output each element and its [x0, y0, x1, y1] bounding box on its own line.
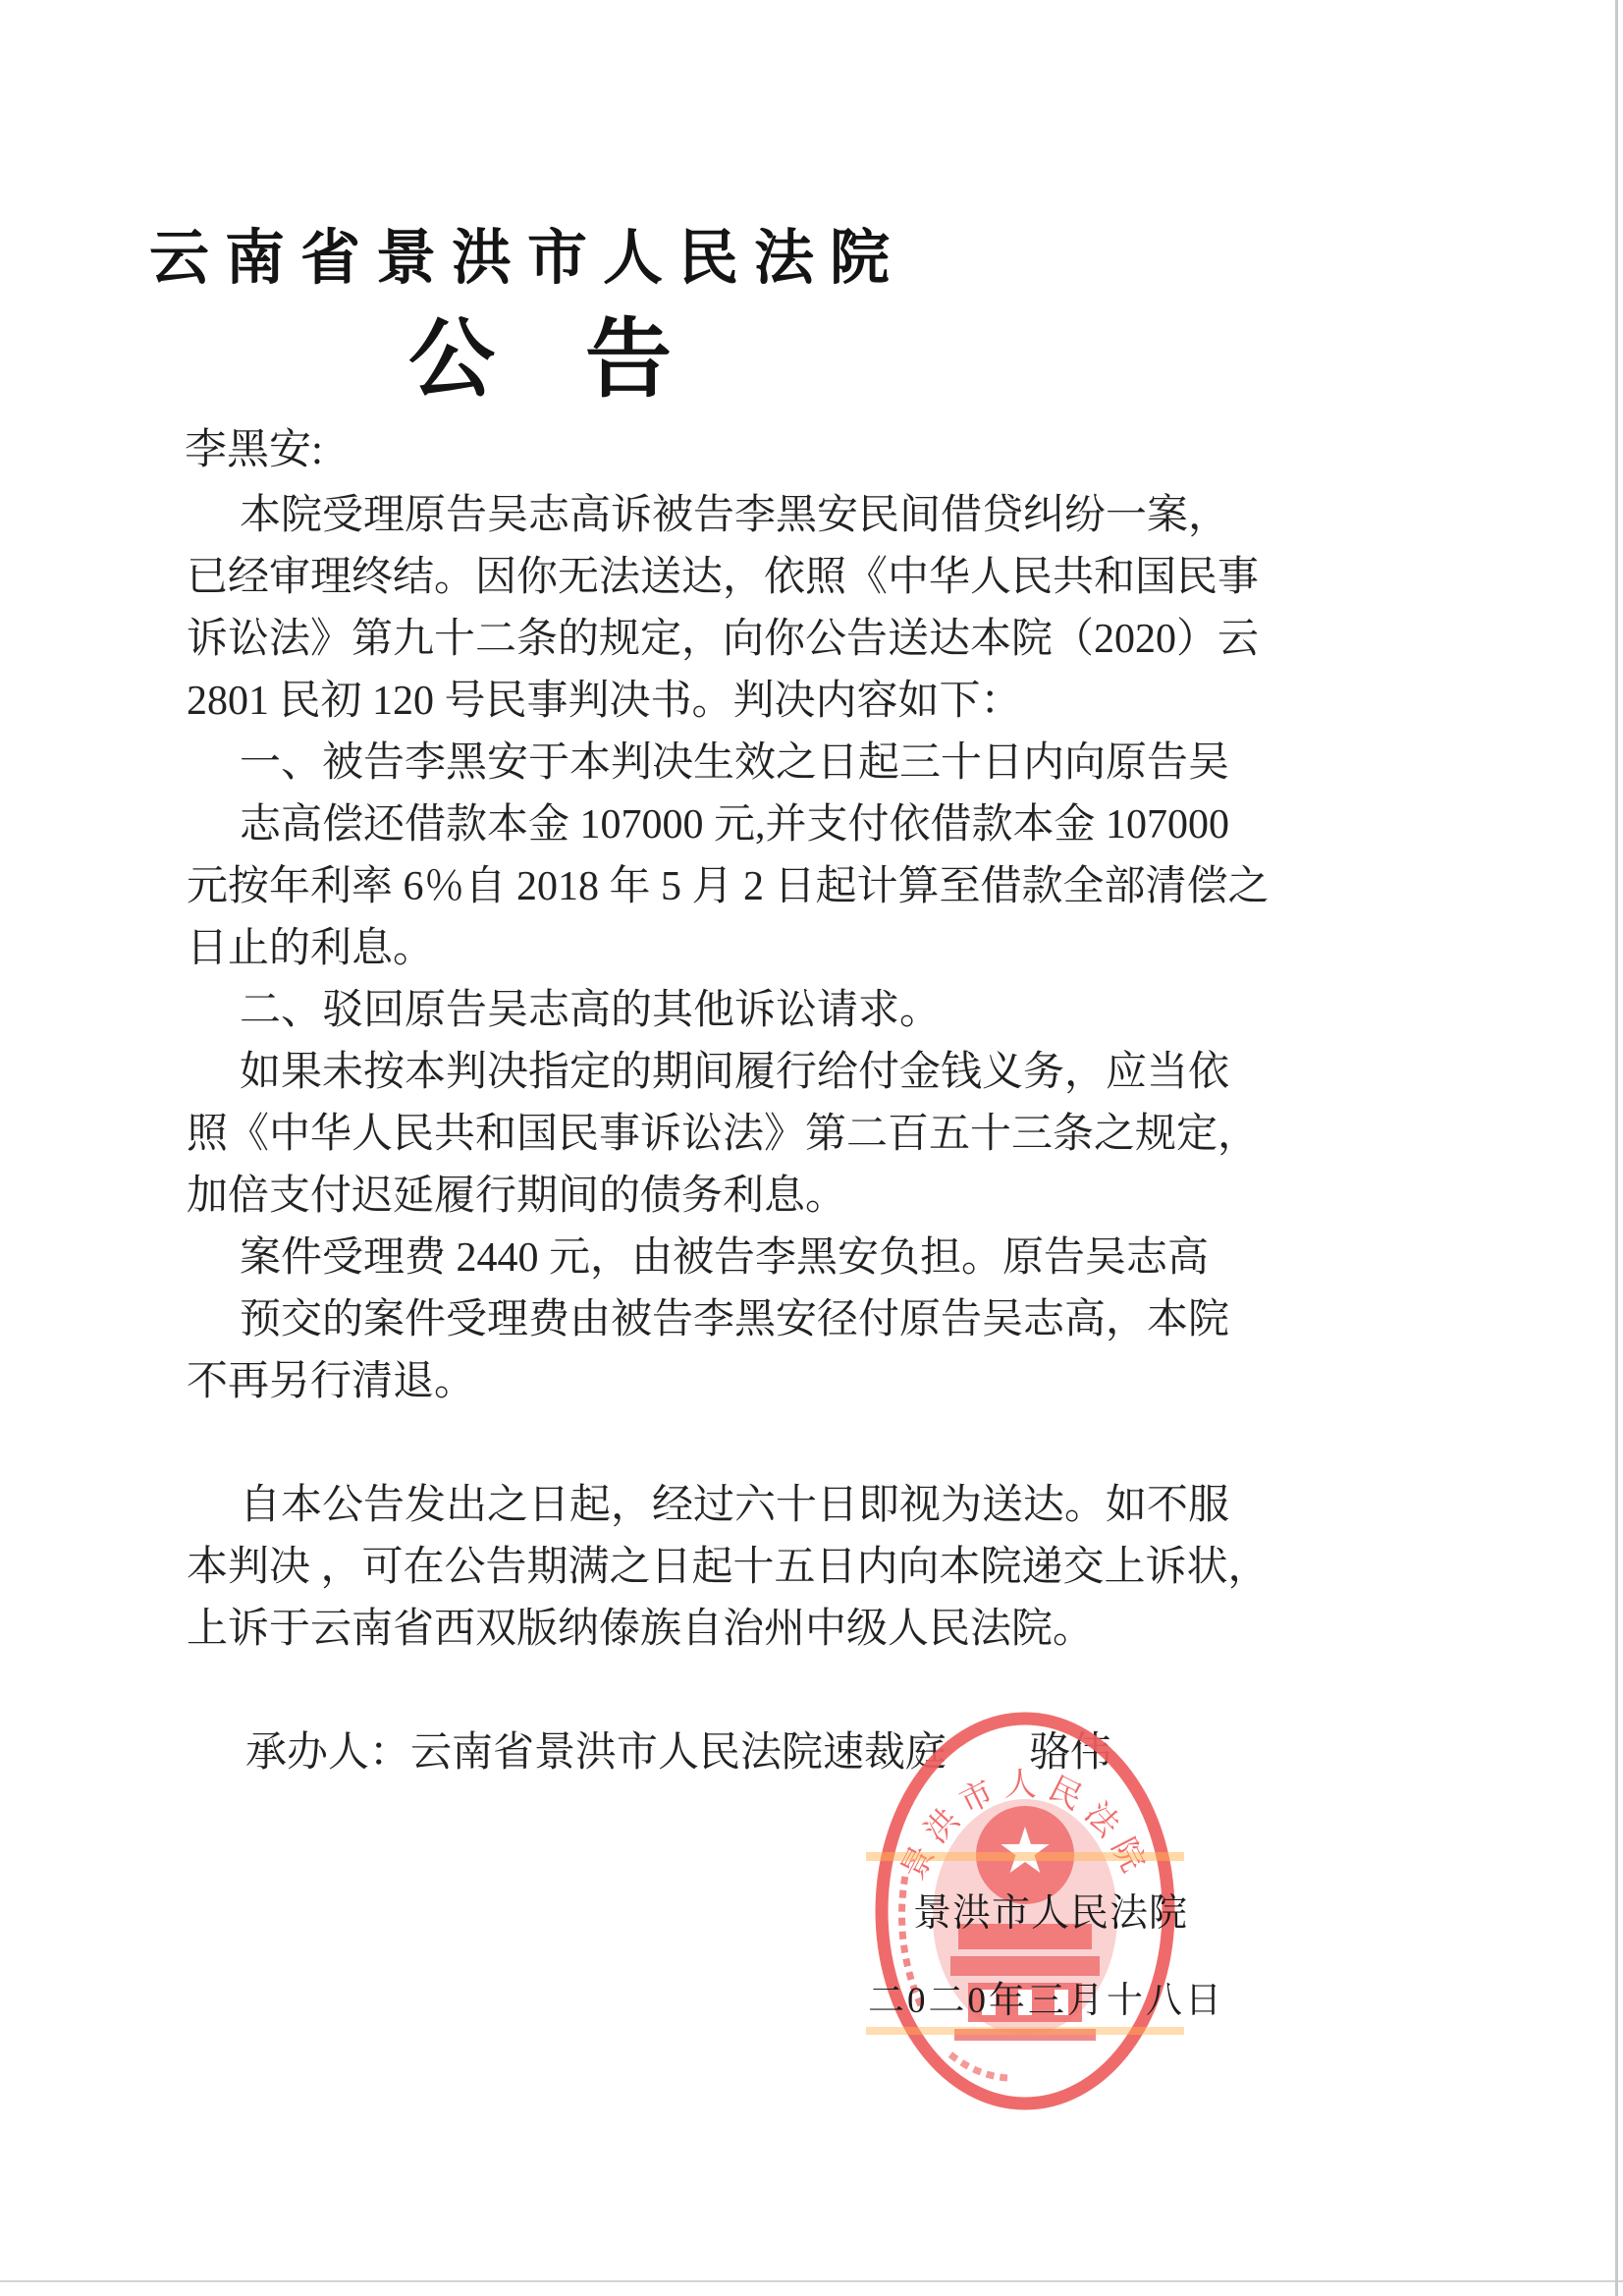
notice-title: 公 告	[408, 291, 674, 414]
body-line: 诉讼法》第九十二条的规定，向你公告送达本院（2020）云	[187, 609, 1286, 671]
body-line: 照《中华人民共和国民事诉讼法》第二百五十三条之规定，	[187, 1104, 1286, 1166]
scan-edge-line	[0, 2280, 1623, 2282]
issue-date: 二0二0年三月十八日	[868, 1970, 1224, 2023]
body-line: 上诉于云南省西双版纳傣族自治州中级人民法院。	[187, 1599, 1286, 1661]
body-line: 案件受理费 2440 元，由被告李黑安负担。原告吴志高	[187, 1228, 1286, 1289]
body-line: 本院受理原告吴志高诉被告李黑安民间借贷纠纷一案，	[187, 485, 1286, 547]
body-line: 如果未按本判决指定的期间履行给付金钱义务，应当依	[187, 1042, 1286, 1104]
body-line: 加倍支付迟延履行期间的债务利息。	[187, 1166, 1286, 1228]
body-line: 日止的利息。	[187, 918, 1286, 980]
body-line: 二、驳回原告吴志高的其他诉讼请求。	[187, 980, 1286, 1042]
body-line: 自本公告发出之日起，经过六十日即视为送达。如不服	[187, 1475, 1286, 1537]
notice-body: 本院受理原告吴志高诉被告李黑安民间借贷纠纷一案， 已经审理终结。因你无法送达，依…	[187, 485, 1286, 1784]
scan-edge-line	[1615, 0, 1618, 2296]
salutation: 李黑安:	[185, 416, 323, 476]
body-line: 本判决 ，可在公告期满之日起十五日内向本院递交上诉状，	[187, 1537, 1286, 1599]
scan-streak	[866, 2027, 1184, 2035]
body-line: 元按年利率 6％自 2018 年 5 月 2 日起计算至借款全部清偿之	[187, 856, 1286, 918]
court-title: 云南省景洪市人民法院	[149, 210, 905, 296]
body-line: 2801 民初 120 号民事判决书。判决内容如下：	[187, 671, 1286, 733]
body-line: 志高偿还借款本金 107000 元,并支付依借款本金 107000	[187, 794, 1286, 856]
body-line: 一、被告李黑安于本判决生效之日起三十日内向原告吴	[187, 733, 1286, 794]
body-line: 预交的案件受理费由被告李黑安径付原告吴志高，本院	[187, 1289, 1286, 1351]
scan-streak	[866, 1852, 1184, 1861]
document-page: 云南省景洪市人民法院 公 告 李黑安: 本院受理原告吴志高诉被告李黑安民间借贷纠…	[0, 0, 1623, 2296]
blank-line	[187, 1413, 1286, 1475]
body-line: 已经审理终结。因你无法送达，依照《中华人民共和国民事	[187, 547, 1286, 609]
issuing-court-name: 景洪市人民法院	[913, 1883, 1188, 1938]
body-line: 不再另行清退。	[187, 1351, 1286, 1413]
